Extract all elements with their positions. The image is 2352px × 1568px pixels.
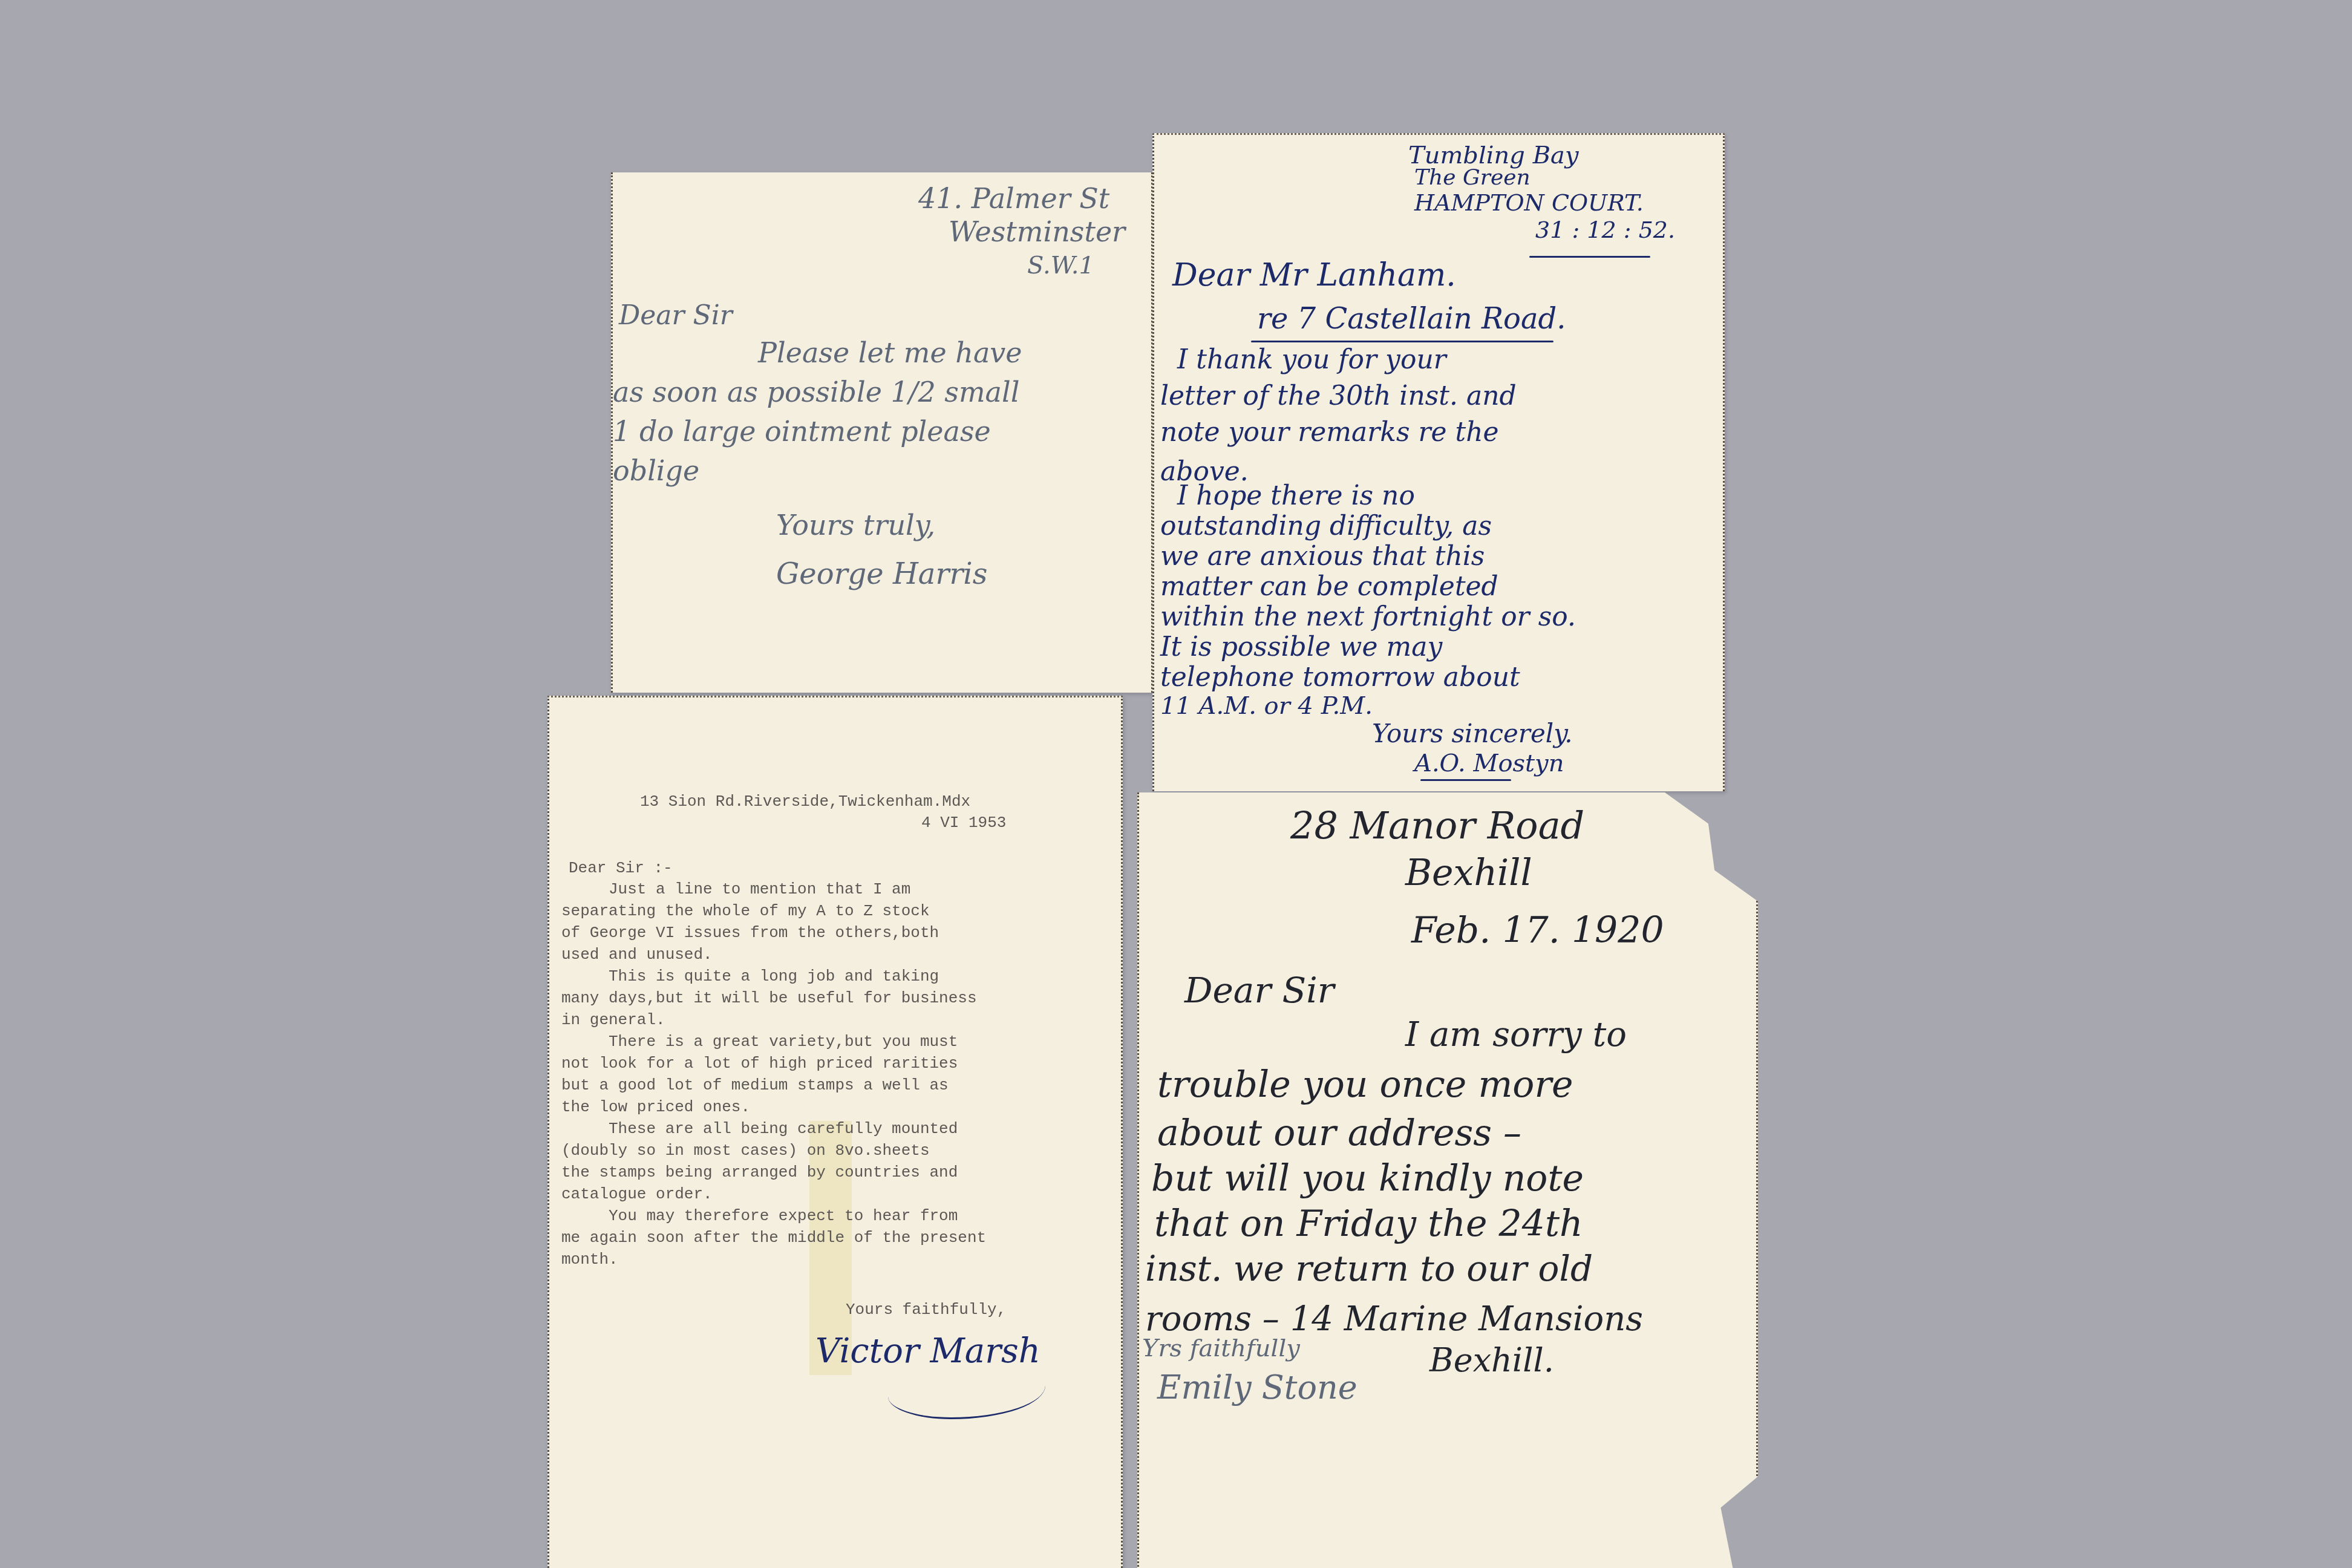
hampton-salutation: Dear Mr Lanham.: [1172, 253, 1456, 298]
bexhill-body-line: about our address –: [1157, 1107, 1521, 1160]
letter-harris: 41. Palmer St Westminster S.W.1 Dear Sir…: [611, 172, 1153, 693]
bexhill-body-line: I am sorry to: [1405, 1010, 1627, 1059]
typed-body-line: month.: [561, 1249, 618, 1270]
typed-closing: Yours faithfully,: [846, 1299, 1006, 1320]
letter-hampton: Tumbling Bay The Green HAMPTON COURT. 31…: [1152, 133, 1725, 791]
bexhill-body-line: Bexhill.: [1429, 1337, 1554, 1384]
typed-body-line: (doubly so in most cases) on 8vo.sheets: [561, 1140, 930, 1161]
hampton-subject: re 7 Castellain Road.: [1257, 298, 1566, 341]
harris-signature: George Harris: [776, 554, 987, 596]
typed-body-line: in general.: [561, 1010, 665, 1030]
typed-body-line: You may therefore expect to hear from: [561, 1206, 958, 1226]
harris-salutation: Dear Sir: [619, 296, 733, 335]
bexhill-body-line: inst. we return to our old: [1145, 1243, 1593, 1294]
harris-body-line-1: Please let me have: [758, 333, 1022, 373]
bexhill-address-line-1: 28 Manor Road: [1290, 799, 1584, 853]
bexhill-body-line: that on Friday the 24th: [1154, 1198, 1583, 1250]
typed-body-line: the low priced ones.: [561, 1097, 750, 1117]
typed-body-line: not look for a lot of high priced rariti…: [561, 1053, 958, 1074]
bexhill-address-line-2: Bexhill: [1405, 847, 1532, 900]
typed-body-line: Just a line to mention that I am: [561, 879, 910, 900]
hampton-date: 31 : 12 : 52.: [1535, 214, 1675, 247]
typed-body-line: me again soon after the middle of the pr…: [561, 1227, 986, 1248]
signature-underline: [1420, 779, 1511, 781]
typed-body-line: This is quite a long job and taking: [561, 966, 939, 987]
typed-body-line: but a good lot of medium stamps a well a…: [561, 1075, 949, 1096]
date-underline: [1529, 256, 1650, 258]
harris-body-line-3: 1 do large ointment please: [613, 411, 991, 452]
bexhill-date: Feb. 17. 1920: [1411, 904, 1664, 957]
hampton-body-line: letter of the 30th inst. and: [1160, 377, 1517, 416]
hampton-signature: A.O. Mostyn: [1414, 746, 1564, 781]
bexhill-closing: Yrs faithfully: [1142, 1331, 1300, 1366]
hampton-body-line: I thank you for your: [1160, 341, 1446, 379]
letter-typed: 13 Sion Rd.Riverside,Twickenham.Mdx 4 VI…: [547, 696, 1123, 1568]
typed-body-line: of George VI issues from the others,both: [561, 923, 939, 943]
typed-body-line: used and unused.: [561, 944, 713, 965]
typed-address: 13 Sion Rd.Riverside,Twickenham.Mdx: [640, 791, 970, 812]
signature-flourish: [888, 1363, 1045, 1419]
typed-body-line: catalogue order.: [561, 1184, 713, 1204]
typed-body-line: These are all being carefully mounted: [561, 1119, 958, 1139]
typed-body-line: many days,but it will be useful for busi…: [561, 988, 977, 1008]
typed-salutation: Dear Sir :-: [569, 858, 673, 878]
letter-bexhill: 28 Manor Road Bexhill Feb. 17. 1920 Dear…: [1137, 792, 1758, 1568]
hampton-body-line: note your remarks re the: [1160, 413, 1499, 452]
bexhill-body-line: trouble you once more: [1157, 1059, 1573, 1111]
harris-body-line-4: oblige: [613, 451, 699, 491]
harris-body-line-2: as soon as possible 1/2 small: [613, 372, 1019, 413]
harris-address-line-3: S.W.1: [1027, 248, 1094, 283]
hampton-body-line: 11 A.M. or 4 P.M.: [1160, 688, 1373, 724]
bexhill-body-line: but will you kindly note: [1151, 1152, 1584, 1205]
typed-body-line: the stamps being arranged by countries a…: [561, 1162, 958, 1183]
bexhill-salutation: Dear Sir: [1184, 965, 1334, 1016]
typed-body-line: There is a great variety,but you must: [561, 1031, 958, 1052]
typed-date: 4 VI 1953: [921, 812, 1006, 833]
bexhill-signature: Emily Stone: [1157, 1364, 1357, 1411]
harris-address-line-2: Westminster: [949, 212, 1125, 252]
typed-body-line: separating the whole of my A to Z stock: [561, 901, 930, 921]
harris-closing: Yours truly,: [776, 505, 935, 546]
